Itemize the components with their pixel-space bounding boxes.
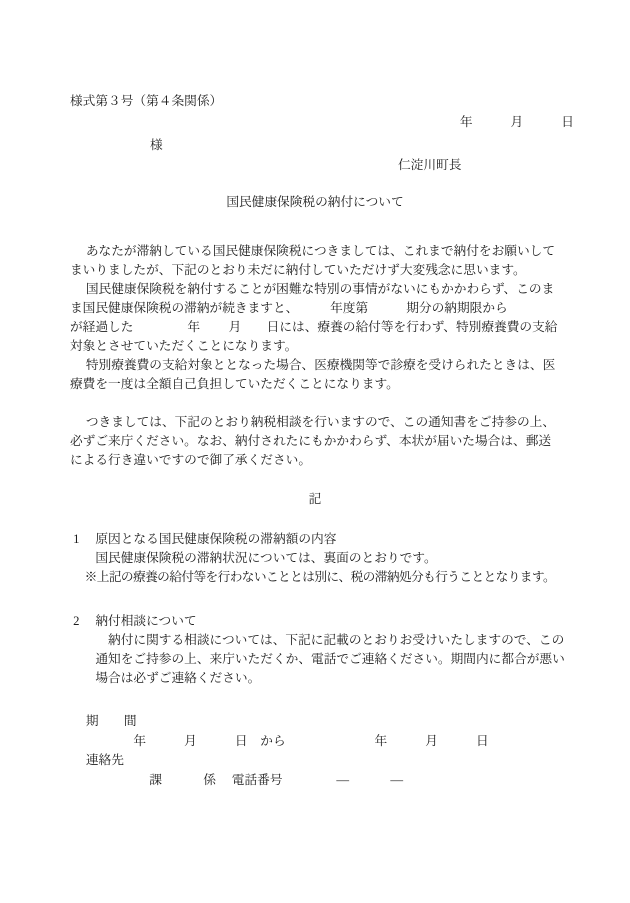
section-2-heading: 2 納付相談について (70, 612, 565, 631)
period-date-range-blank: 年 月 日 から 年 月 日 (70, 732, 489, 752)
text-line: 特別療養費の支給対象ととなった場合、医療機関等で診療を受けられたときは、医 (70, 356, 557, 375)
text-line: あなたが滞納している国民健康保険税につきましては、これまで納付をお願いして (70, 242, 557, 261)
document-title: 国民健康保険税の納付について (0, 193, 630, 212)
contact-block: 期 間 年 月 日 から 年 月 日 連絡先 課 係 電話番号 ― ― (70, 712, 489, 790)
section-1-arrears-details: 1 原因となる国民健康保険税の滞納額の内容 国民健康保険税の滞納状況については、… (70, 530, 555, 587)
notice-document-page: 様式第３号（第４条関係） 年 月 日 様 仁淀川町長 国民健康保険税の納付につい… (0, 0, 630, 903)
section-1-heading: 1 原因となる国民健康保険税の滞納額の内容 (70, 530, 555, 549)
form-number: 様式第３号（第４条関係） (70, 92, 222, 111)
ki-marker: 記 (0, 490, 630, 509)
note-line: ※上記の療養の給付等を行わないこととは別に、税の滞納処分も行うこととなります。 (70, 568, 555, 587)
text-line-date-blank: が経過した 年 月 日には、療養の給付等を行わず、特別療養費の支給 (70, 318, 557, 337)
text-line: 国民健康保険税を納付することが困難な特別の事情がないにもかかわらず、このま (70, 280, 557, 299)
contact-label: 連絡先 (70, 751, 489, 771)
text-line: 場合は必ずご連絡ください。 (70, 669, 565, 688)
issue-date-line: 年 月 日 (460, 113, 574, 132)
text-line: 通知をご持参の上、来庁いただくか、電話でご連絡ください。期間内に都合が悪い (70, 650, 565, 669)
text-line: 納付に関する相談については、下記に記載のとおりお受けいたしますので、この (70, 631, 565, 650)
sender-name: 仁淀川町長 (398, 156, 461, 175)
text-line: つきましては、下記のとおり納税相談を行いますので、この通知書をご持参の上、 (70, 413, 555, 432)
text-line-fiscal-year-blank: ま国民健康保険税の滞納が続きますと、 年度第 期分の納期限から (70, 299, 557, 318)
period-label: 期 間 (70, 712, 489, 732)
paragraph-consultation-request: つきましては、下記のとおり納税相談を行いますので、この通知書をご持参の上、 必ず… (70, 413, 555, 470)
text-line: による行き違いですので御了承ください。 (70, 451, 555, 470)
text-line: 対象とさせていただくことになります。 (70, 337, 557, 356)
text-line: 国民健康保険税の滞納状況については、裏面のとおりです。 (70, 549, 555, 568)
text-line: 療費を一度は全額自己負担していただくことになります。 (70, 375, 557, 394)
contact-details-blank: 課 係 電話番号 ― ― (70, 771, 489, 791)
section-2-payment-consultation: 2 納付相談について 納付に関する相談については、下記に記載のとおりお受けいたし… (70, 612, 565, 688)
text-line: 必ずご来庁ください。なお、納付されたにもかかわらず、本状が届いた場合は、郵送 (70, 432, 555, 451)
paragraph-delinquency-notice: あなたが滞納している国民健康保険税につきましては、これまで納付をお願いして まい… (70, 242, 557, 394)
addressee-honorific: 様 (150, 136, 163, 155)
text-line: まいりましたが、下記のとおり未だに納付していただけず大変残念に思います。 (70, 261, 557, 280)
